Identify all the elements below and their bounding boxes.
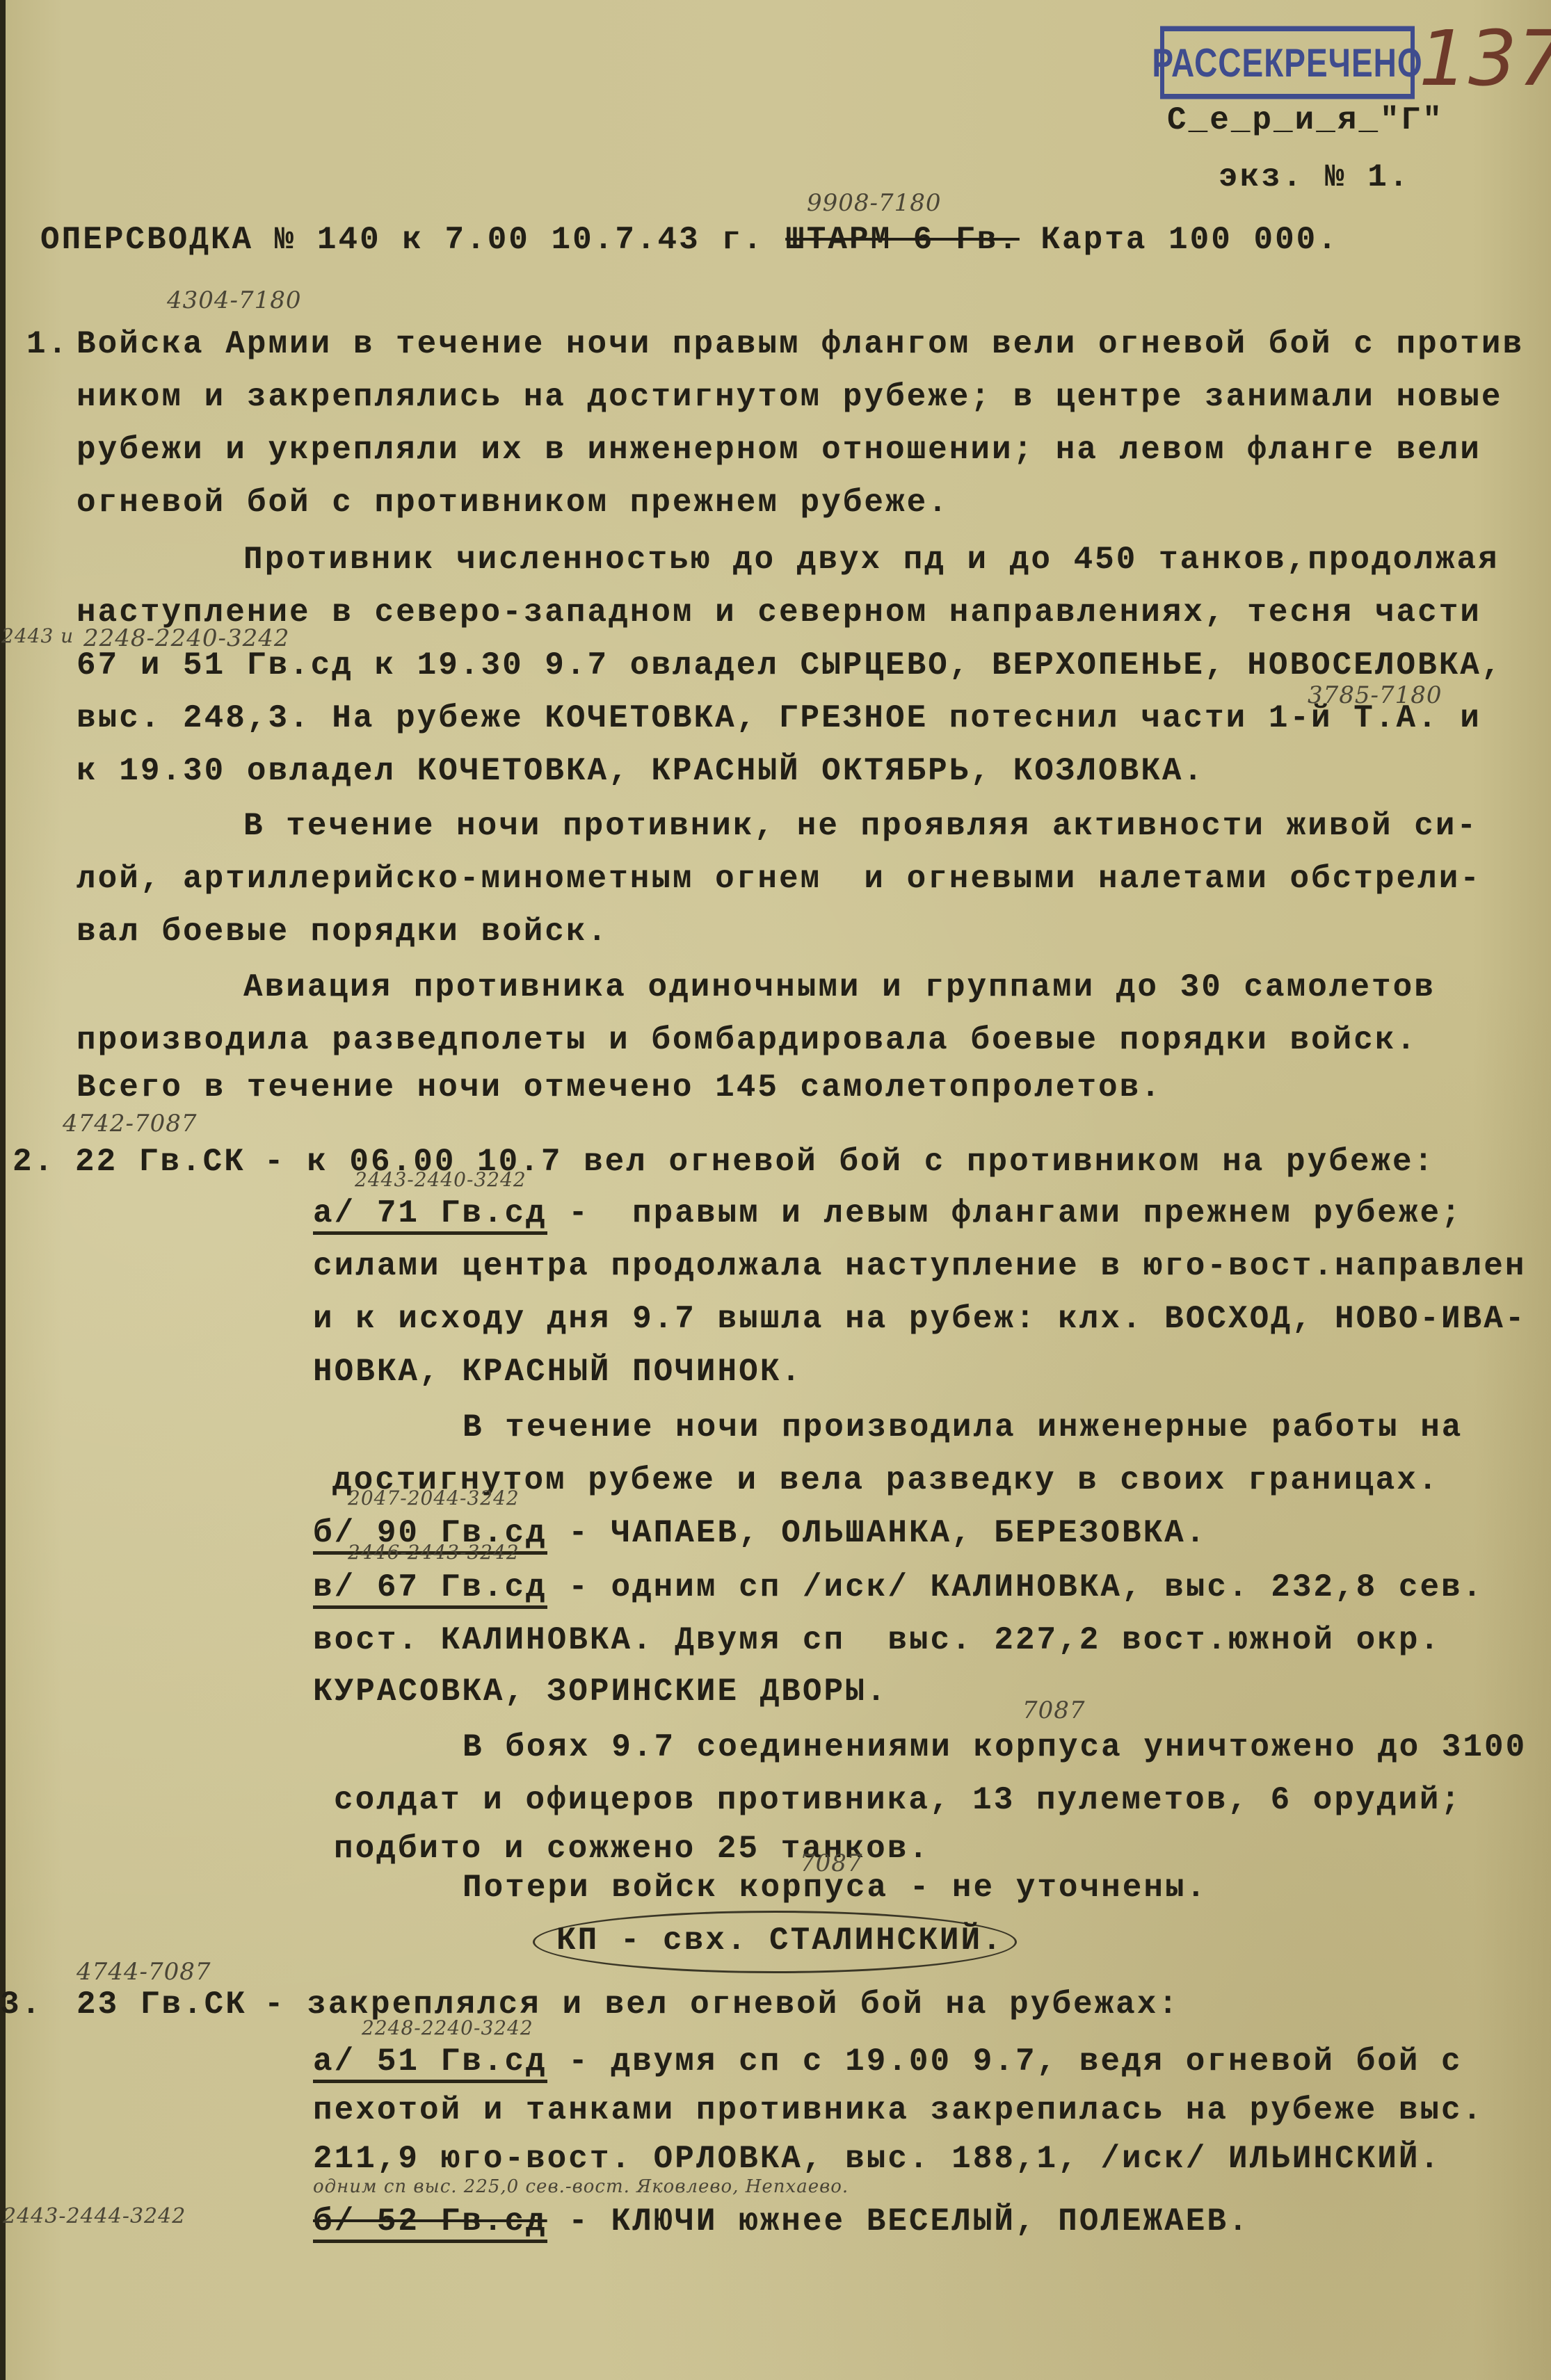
- s2-v-row: в/ 67 Гв.сд - одним сп /иск/ КАЛИНОВКА, …: [313, 1571, 1484, 1603]
- s2-a-unit: а/ 71 Гв.сд: [313, 1195, 547, 1235]
- s3-a-annotation: 2248-2240-3242: [362, 2016, 533, 2039]
- page-edge: [0, 0, 6, 2380]
- s2-b-annotation: 2047-2044-3242: [348, 1487, 520, 1509]
- title-annotation: 9908-7180: [807, 189, 942, 217]
- s2-v-annotation: 2446-2443-3242: [348, 1541, 520, 1564]
- s2-eng-line: В течение ночи производила инженерные ра…: [463, 1411, 1463, 1443]
- s2-v-line: вост. КАЛИНОВКА. Двумя сп выс. 227,2 вос…: [313, 1624, 1441, 1656]
- s3-a-line: - двумя сп с 19.00 9.7, ведя огневой бой…: [547, 2043, 1463, 2080]
- copy-number: экз. № 1.: [1219, 161, 1410, 193]
- s3-a-unit: а/ 51 Гв.сд: [313, 2043, 547, 2083]
- s3-b-unit: б/ 52 Гв.сд: [313, 2203, 547, 2243]
- s2-a-label: а/ 71 Гв.сд - правым и левым флангами пр…: [313, 1197, 1463, 1229]
- s1-p4-line: производила разведполеты и бомбардировал…: [77, 1024, 1417, 1056]
- series-label: С_е_р_и_я_"Г": [1167, 104, 1444, 136]
- title-suffix: Карта 100 000.: [1020, 222, 1339, 258]
- s2-a-line: НОВКА, КРАСНЫЙ ПОЧИНОК.: [313, 1356, 803, 1388]
- sheet-number: 137: [1419, 14, 1551, 103]
- s3-b-text: - КЛЮЧИ южнее ВЕСЕЛЫЙ, ПОЛЕЖАЕВ.: [547, 2203, 1250, 2240]
- s3-a-line: пехотой и танками противника закрепилась…: [313, 2094, 1484, 2126]
- s2-a-line: - правым и левым флангами прежнем рубеже…: [547, 1195, 1463, 1231]
- s2-losses-annotation: 7087: [1022, 1697, 1086, 1724]
- s3-a-handwritten-note: одним сп выс. 225,0 сев.-вост. Яковлево,…: [313, 2176, 849, 2197]
- s3-unit: 23 Гв.СК: [77, 1989, 247, 2021]
- archival-document-page: РАССЕКРЕЧЕНО 137 С_е_р_и_я_"Г" экз. № 1.…: [0, 0, 1551, 2380]
- s2-v-unit: в/ 67 Гв.сд: [313, 1569, 547, 1609]
- title-prefix: ОПЕРСВОДКА № 140 к 7.00 10.7.43 г.: [40, 222, 764, 258]
- s3-annotation: 4744-7087: [77, 1958, 211, 1986]
- s2-own-losses: Потери войск корпуса - не уточнены.: [463, 1872, 1207, 1904]
- s2-losses-line: солдат и офицеров противника, 13 пулемет…: [334, 1784, 1462, 1816]
- s2-command-post: КП - свх. СТАЛИНСКИЙ.: [556, 1925, 1004, 1957]
- s2-v-line: - одним сп /иск/ КАЛИНОВКА, выс. 232,8 с…: [547, 1569, 1484, 1605]
- s2-a-annotation: 2443-2440-3242: [355, 1168, 527, 1191]
- s1-p2-line: 67 и 51 Гв.сд к 19.30 9.7 овладел СЫРЦЕВ…: [77, 649, 1503, 681]
- s3-b-row: б/ 52 Гв.сд - КЛЮЧИ южнее ВЕСЕЛЫЙ, ПОЛЕЖ…: [313, 2205, 1250, 2237]
- s3-a-line: 211,9 юго-вост. ОРЛОВКА, выс. 188,1, /ис…: [313, 2143, 1441, 2175]
- s2-a-line: и к исходу дня 9.7 вышла на рубеж: клх. …: [313, 1303, 1526, 1335]
- s2-number: 2.: [13, 1146, 55, 1178]
- s1-line: ником и закреплялись на достигнутом рубе…: [77, 381, 1503, 413]
- s1-p4-line: Авиация противника одиночными и группами…: [243, 971, 1436, 1003]
- s1-p2-line: к 19.30 овладел КОЧЕТОВКА, КРАСНЫЙ ОКТЯБ…: [77, 755, 1205, 787]
- s1-p3-line: лой, артиллерийско-минометным огнем и ог…: [77, 863, 1481, 895]
- s2-b-text: - ЧАПАЕВ, ОЛЬШАНКА, БЕРЕЗОВКА.: [547, 1515, 1207, 1551]
- s2-annotation: 4742-7087: [63, 1110, 198, 1138]
- s1-p4-line: Всего в течение ночи отмечено 145 самоле…: [77, 1071, 1162, 1103]
- title-struck-text: ШТАРМ 6 Гв.: [785, 222, 1020, 258]
- declassified-stamp: РАССЕКРЕЧЕНО: [1160, 26, 1415, 99]
- s1-p3-line: В течение ночи противник, не проявляя ак…: [243, 810, 1478, 842]
- s1-margin-annotation: 2443 и: [1, 624, 74, 647]
- s2-v-line: КУРАСОВКА, ЗОРИНСКИЕ ДВОРЫ.: [313, 1676, 887, 1708]
- s1-line: огневой бой с противником прежнем рубеже…: [77, 487, 949, 519]
- document-title: ОПЕРСВОДКА № 140 к 7.00 10.7.43 г. ШТАРМ…: [40, 224, 1339, 256]
- s3-b-annotation: 2443-2444-3242: [3, 2204, 186, 2228]
- s1-line: Войска Армии в течение ночи правым фланг…: [77, 328, 1524, 360]
- s1-annotation: 4304-7180: [167, 286, 302, 314]
- s2-losses-line: В боях 9.7 соединениями корпуса уничтоже…: [463, 1731, 1527, 1763]
- s3-number: 3.: [0, 1989, 42, 2021]
- s2-a-line: силами центра продолжала наступление в ю…: [313, 1250, 1526, 1282]
- s3-a-row: а/ 51 Гв.сд - двумя сп с 19.00 9.7, ведя…: [313, 2046, 1463, 2078]
- s2-unit: 22 Гв.СК: [75, 1146, 246, 1178]
- s1-number: 1.: [26, 328, 69, 360]
- s1-p2-line: выс. 248,3. На рубеже КОЧЕТОВКА, ГРЕЗНОЕ…: [77, 702, 1481, 734]
- s1-line: рубежи и укрепляли их в инженерном отнош…: [77, 434, 1481, 466]
- s1-p2-line: Противник численностью до двух пд и до 4…: [243, 544, 1500, 576]
- s1-p3-line: вал боевые порядки войск.: [77, 916, 609, 948]
